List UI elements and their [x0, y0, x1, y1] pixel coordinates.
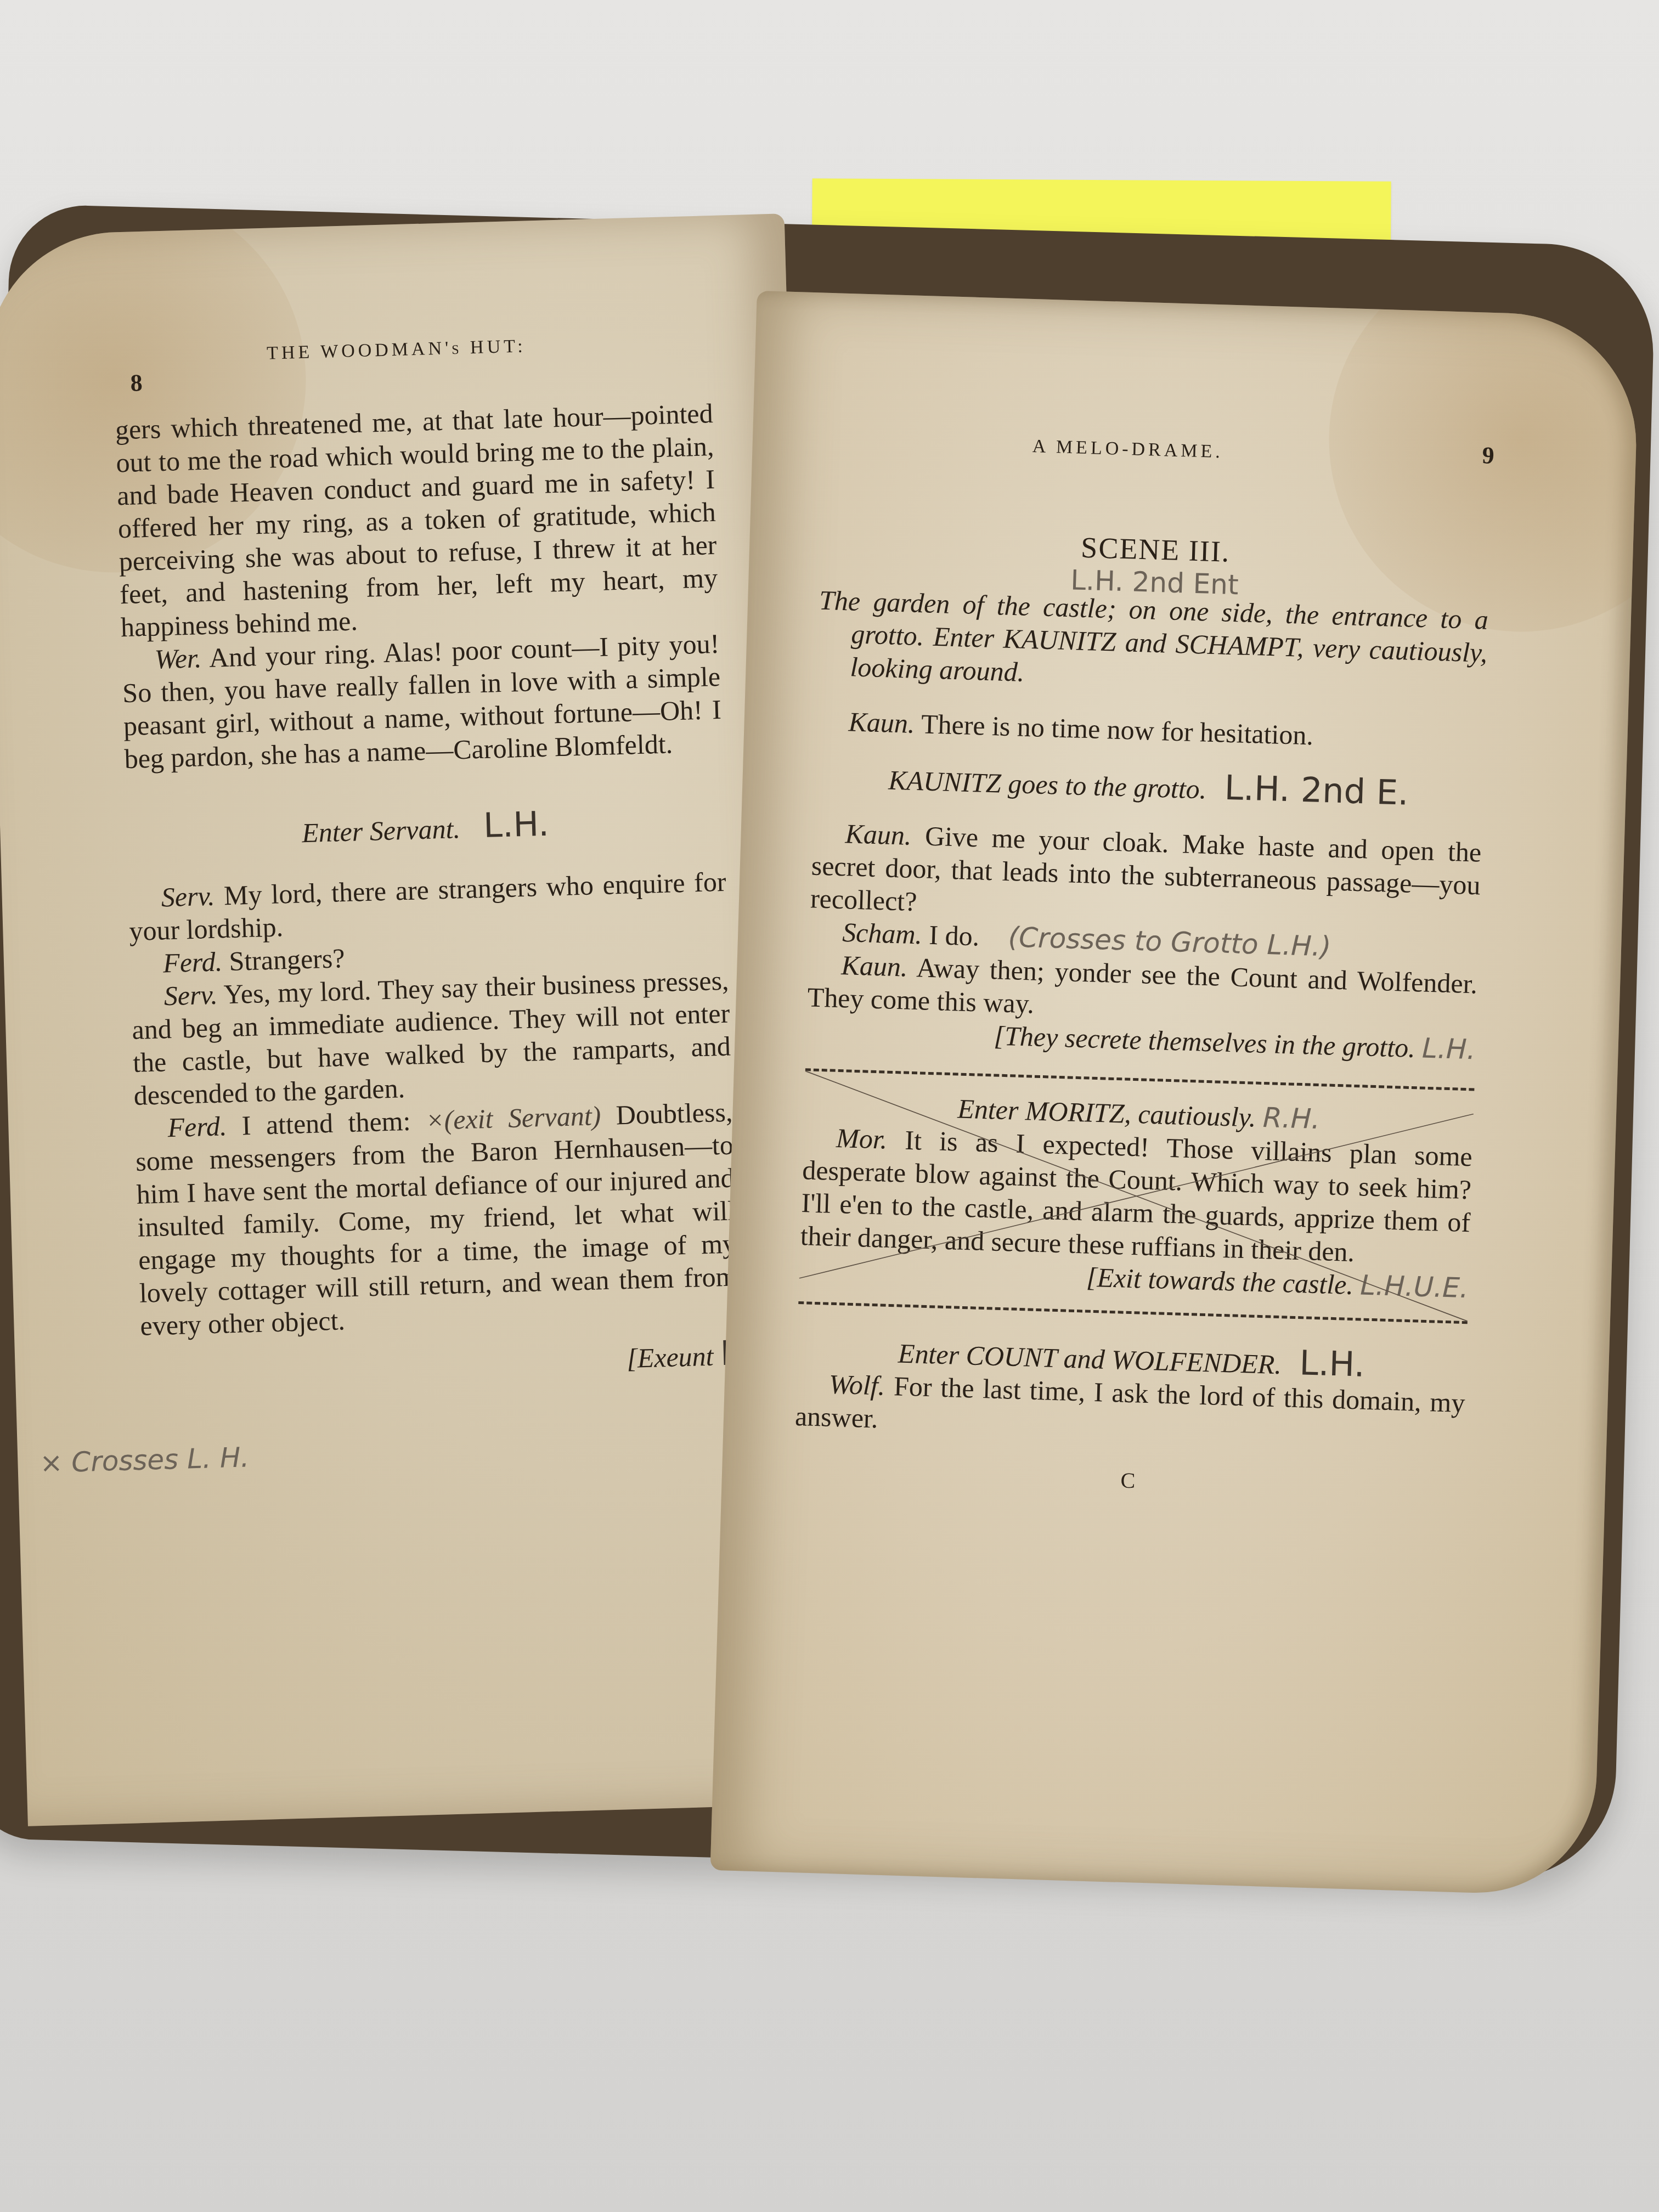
- scene-setting: The garden of the castle; on one side, t…: [817, 584, 1489, 702]
- speech-ferd: Ferd. I attend them: ×(exit Servant) Dou…: [134, 1096, 738, 1342]
- paragraph: gers which threatened me, at that late h…: [115, 397, 719, 644]
- page-number: 8: [130, 369, 143, 397]
- crossed-out-block: Enter MORITZ, cautiously. R.H. Mor. It i…: [798, 1068, 1474, 1324]
- exeunt: [Exeunt L: [141, 1336, 740, 1388]
- speech-kaun: Kaun. There is no time now for hesitatio…: [815, 704, 1485, 757]
- handwritten-insert: ×(exit Servant): [425, 1100, 601, 1136]
- stage-direction: KAUNITZ goes to the grotto. L.H. 2nd E.: [814, 759, 1483, 814]
- margin-annotation-crosses: × Crosses L. H.: [39, 1441, 250, 1479]
- page-number: 9: [1482, 441, 1495, 470]
- running-head: THE WOODMAN's HUT:: [267, 336, 527, 364]
- cross-out-lines: [798, 1071, 1474, 1321]
- stage-direction: Enter Servant. L.H.: [126, 803, 725, 854]
- speaker: Wer.: [154, 642, 202, 674]
- speech-wer: Wer. And your ring. Alas! poor count—I p…: [121, 627, 723, 775]
- speech-text: And your ring. Alas! poor count—I pity y…: [122, 628, 722, 774]
- running-head: A MELO-DRAME.: [1032, 436, 1223, 462]
- left-page-body: gers which threatened me, at that late h…: [115, 397, 740, 1389]
- right-page: A MELO-DRAME. 9 SCENE III. L.H. 2nd Ent …: [710, 291, 1640, 1896]
- speech-serv: Serv. Yes, my lord. They say their busin…: [131, 964, 732, 1112]
- handwritten-annotation: L.H.: [483, 804, 549, 845]
- left-page: 8 THE WOODMAN's HUT: gers which threaten…: [0, 213, 828, 1826]
- right-page-body: SCENE III. L.H. 2nd Ent The garden of th…: [793, 523, 1491, 1507]
- speech-kaun: Kaun. Give me your cloak. Make haste and…: [810, 816, 1482, 934]
- signature-mark: C: [793, 1454, 1463, 1507]
